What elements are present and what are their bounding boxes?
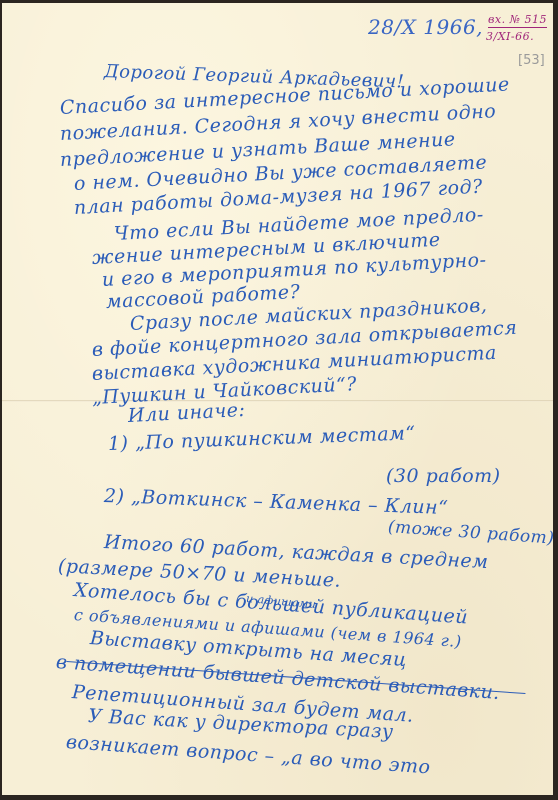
archive-sheet-number: [53] [518, 53, 545, 68]
letter-line: Или иначе: [128, 401, 246, 426]
letter-page: 28/X 1966, вх. № 515 3/XI-66. [53] Дорог… [2, 3, 553, 795]
list-item-2-count: (тоже 30 работ) [387, 519, 553, 548]
scan-frame: 28/X 1966, вх. № 515 3/XI-66. [53] Дорог… [0, 0, 558, 800]
registry-stamp-top: вх. № 515 [488, 13, 547, 28]
letter-date: 28/X 1966, [368, 15, 483, 39]
list-item-2: 2) „Воткинск – Каменка – Клин“ [104, 487, 449, 518]
list-item-1-count: (30 работ) [386, 467, 501, 486]
paper-fold-line [2, 400, 553, 402]
registry-stamp-bottom: 3/XI-66. [486, 30, 534, 43]
list-item-1: 1) „По пушкинским местам“ [108, 424, 416, 454]
